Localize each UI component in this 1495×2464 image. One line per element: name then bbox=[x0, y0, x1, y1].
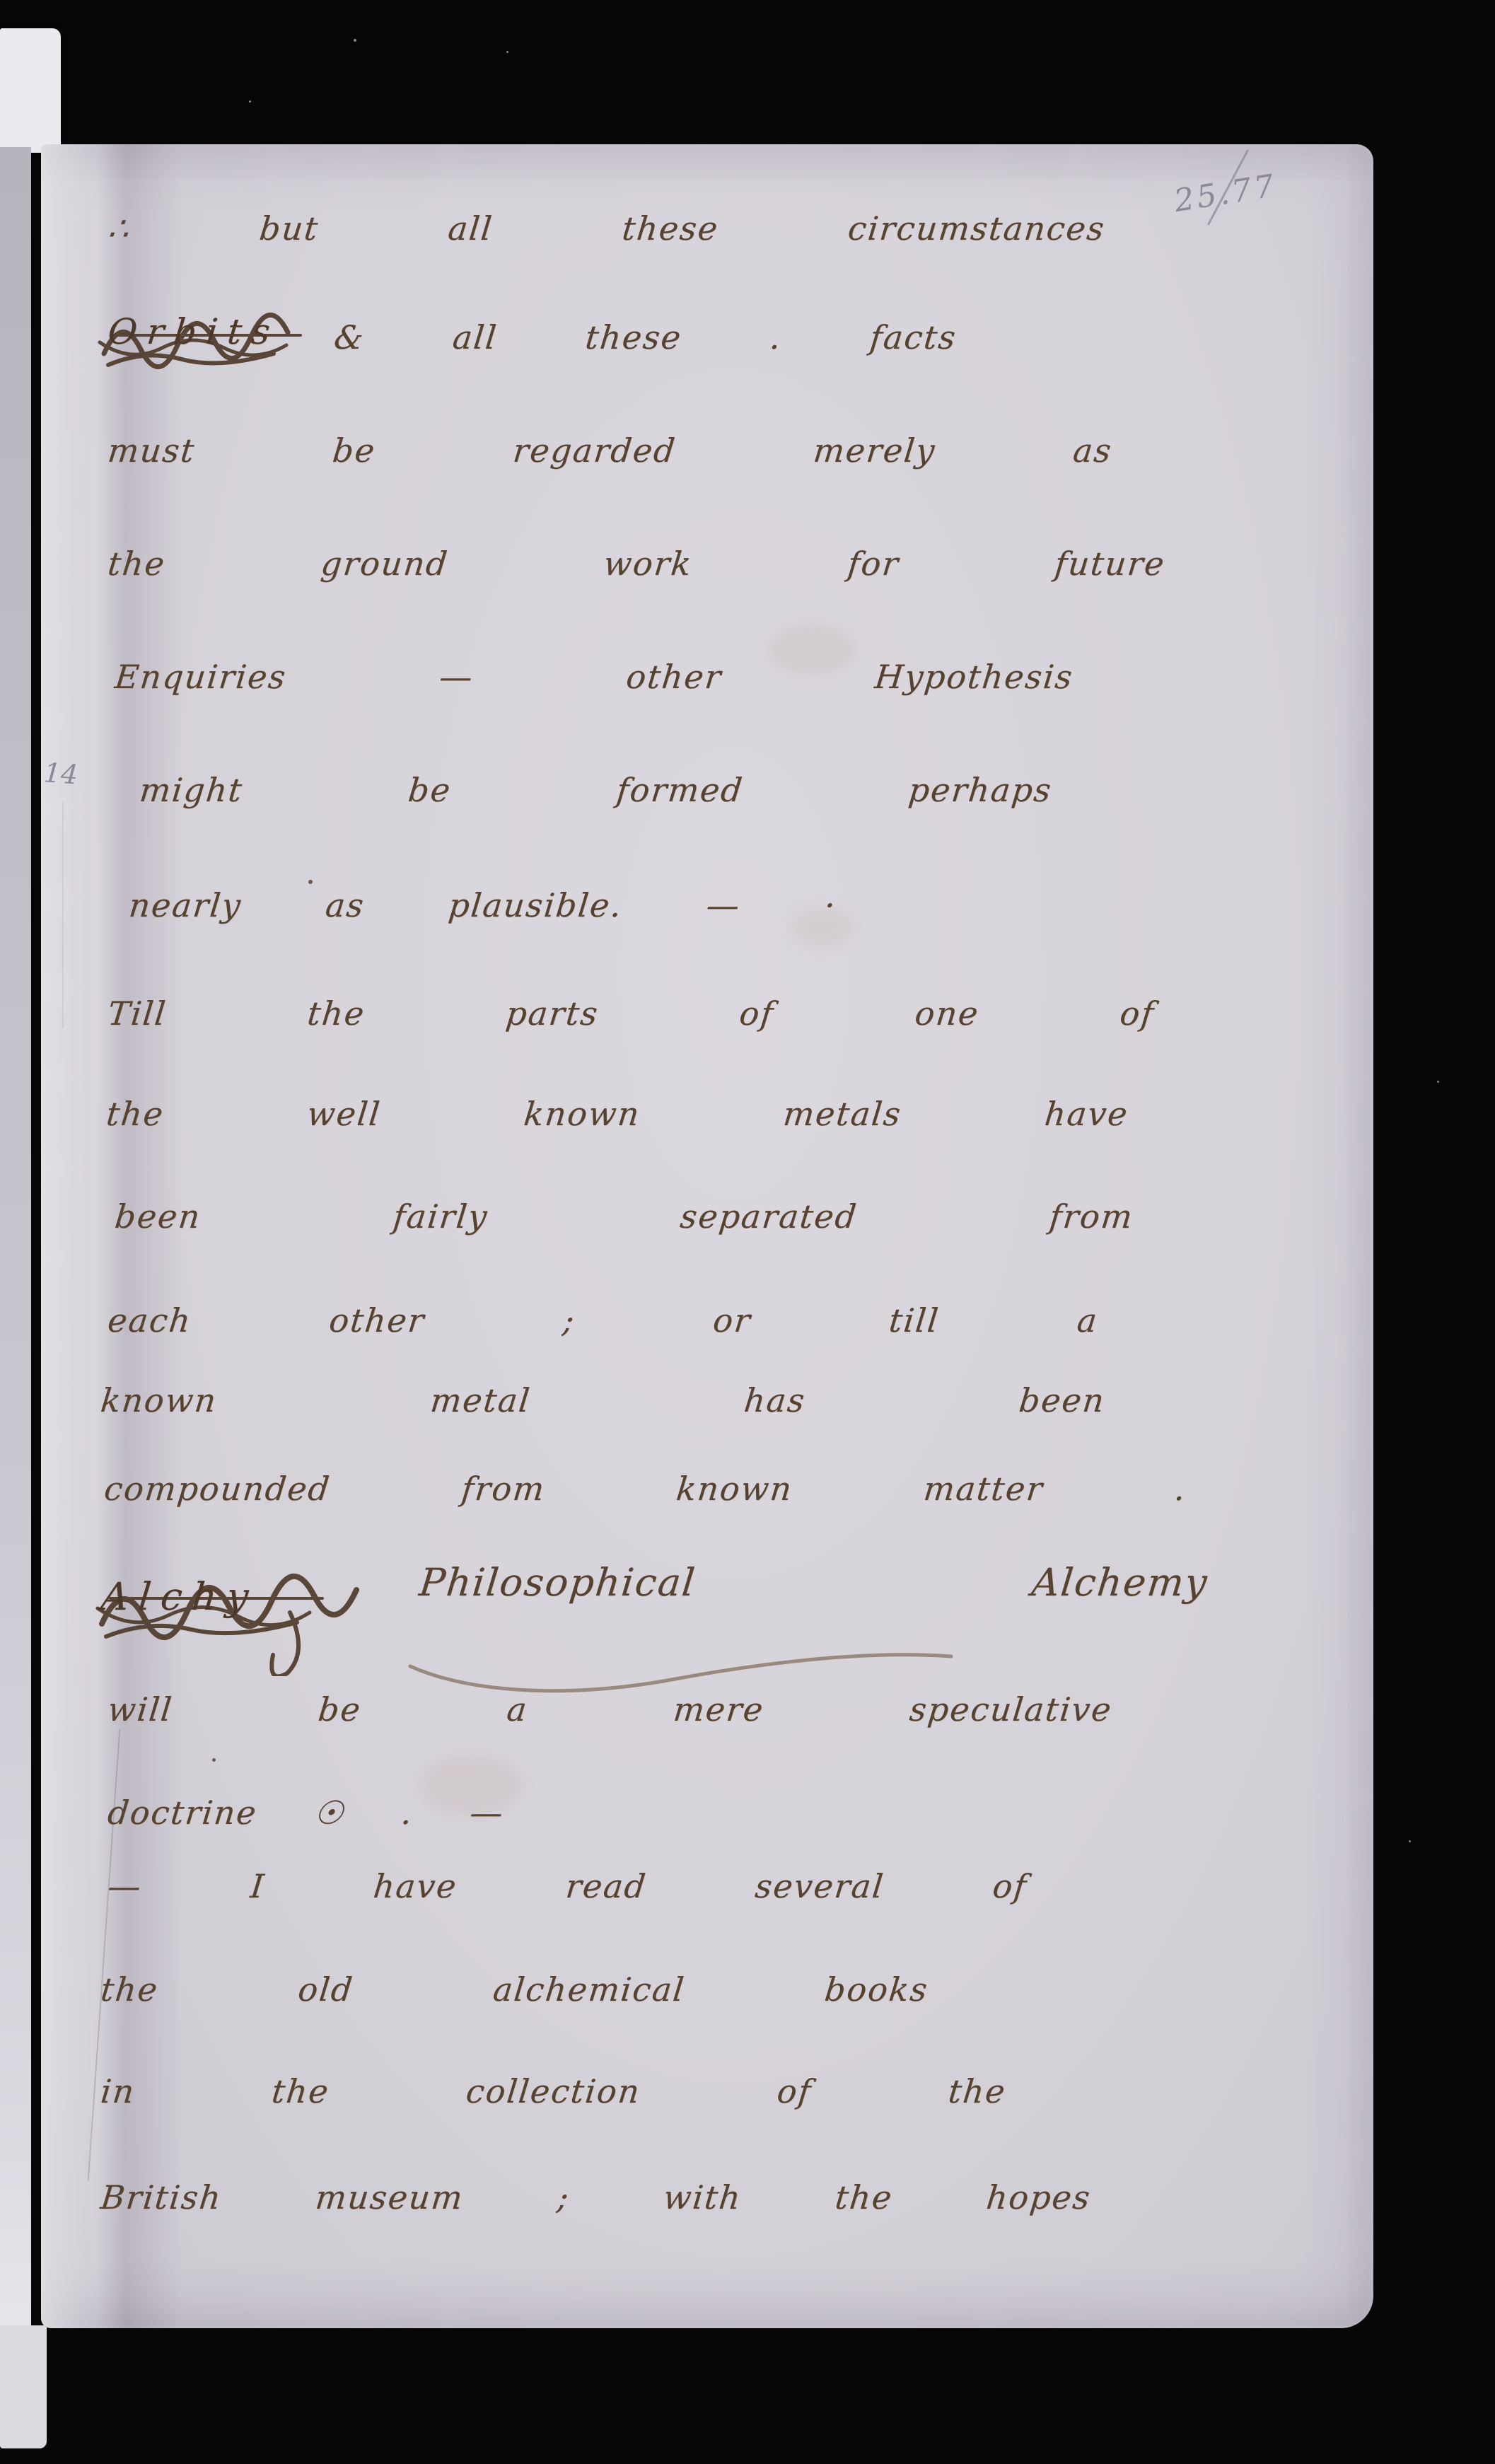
manuscript-line: ∴ but all these circumstances bbox=[106, 211, 1107, 247]
manuscript-line: & all these . facts bbox=[332, 320, 958, 356]
manuscript-line: might be formed perhaps bbox=[138, 772, 1054, 808]
manuscript-line: — I have read several of bbox=[106, 1869, 1029, 1905]
manuscript-line: Till the parts of one of bbox=[106, 996, 1156, 1032]
ink-scribble bbox=[95, 303, 336, 388]
manuscript-line: will be a mere speculative bbox=[106, 1692, 1114, 1728]
writing-layer: 25.77 14 ∴ but all these circumstances O… bbox=[0, 0, 1495, 2464]
manuscript-scan: 25.77 14 ∴ but all these circumstances O… bbox=[0, 0, 1495, 2464]
manuscript-line: nearly as plausible. — · bbox=[127, 888, 838, 924]
ink-scribble bbox=[92, 1563, 417, 1676]
manuscript-line: doctrine ☉ . — bbox=[106, 1795, 506, 1831]
manuscript-line: the old alchemical books bbox=[99, 1972, 930, 2008]
page-number-pencil: 14 bbox=[43, 757, 79, 790]
manuscript-line: the well known metals have bbox=[105, 1096, 1130, 1132]
manuscript-line: each other ; or till a bbox=[106, 1303, 1100, 1339]
manuscript-line: the ground work for future bbox=[106, 546, 1167, 582]
manuscript-line: must be regarded merely as bbox=[106, 433, 1114, 469]
manuscript-line: known metal has been bbox=[99, 1383, 1107, 1419]
manuscript-line: in the collection of the bbox=[99, 2074, 1008, 2110]
manuscript-line: compounded from known matter . bbox=[103, 1471, 1188, 1507]
manuscript-line: Enquiries — other Hypothesis bbox=[113, 659, 1075, 695]
manuscript-line: British museum ; with the hopes bbox=[99, 2180, 1093, 2216]
manuscript-line: Philosophical Alchemy bbox=[417, 1562, 1210, 1603]
manuscript-line: been fairly separated from bbox=[113, 1199, 1135, 1235]
